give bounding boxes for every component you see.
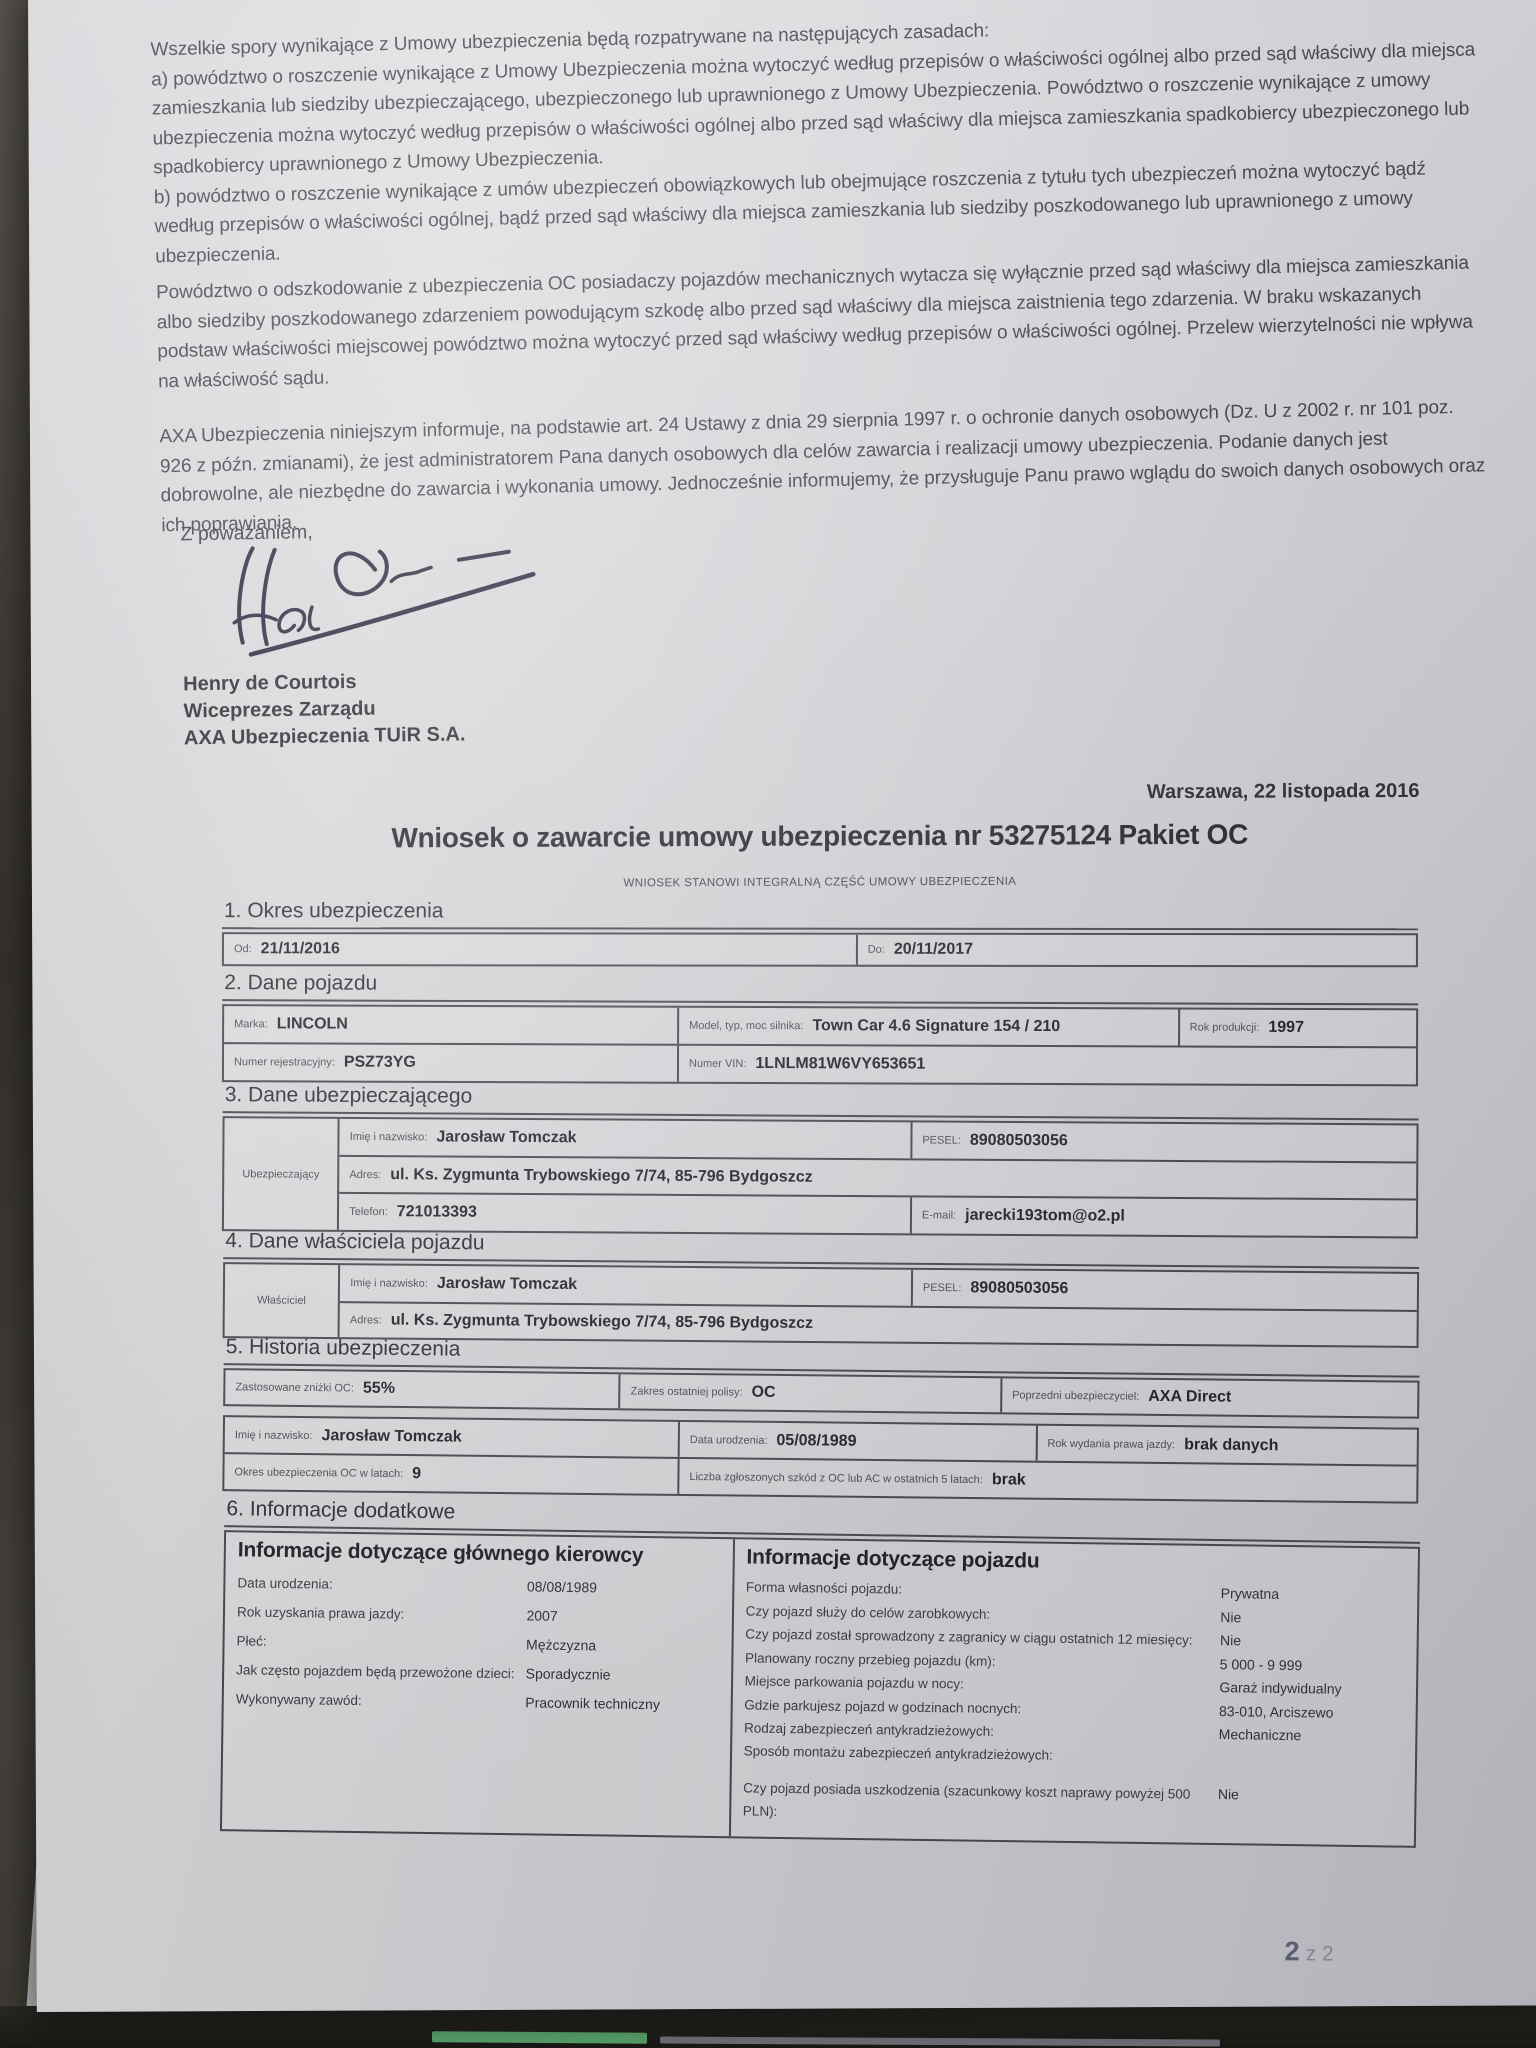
vin-value: 1LNLM81W6VY653651 (755, 1055, 925, 1074)
signer-block: Henry de Courtois Wiceprezes Zarządu AXA… (183, 667, 466, 752)
zakres-label: Zakres ostatniej polisy: (631, 1385, 743, 1398)
adres-value: ul. Ks. Zygmunta Trybowskiego 7/74, 85-7… (390, 1166, 812, 1187)
szkody-label: Liczba zgłoszonych szkód z OC lub AC w o… (689, 1471, 983, 1486)
field-pesel: PESEL: 89080503056 (910, 1122, 1416, 1161)
green-object-edge (432, 2031, 647, 2044)
email-label: E-mail: (922, 1209, 956, 1221)
owner-pesel: PESEL: 89080503056 (911, 1270, 1417, 1310)
szkody-value: brak (992, 1471, 1026, 1489)
telefon-label: Telefon: (349, 1206, 388, 1218)
page-number-current: 2 (1285, 1936, 1300, 1966)
vehicle-ownership-value: Prywatna (1221, 1582, 1406, 1607)
section-2-heading: 2. Dane pojazdu (222, 971, 1418, 1005)
signature-ink-icon (212, 531, 575, 659)
znizki-label: Zastosowane zniżki OC: (235, 1381, 354, 1394)
vin-label: Numer VIN: (689, 1058, 747, 1070)
marka-value: LINCOLN (277, 1015, 348, 1033)
owner-pesel-label: PESEL: (923, 1282, 962, 1294)
do-label: Do: (868, 944, 885, 956)
rej-value: PSZ73YG (344, 1054, 416, 1072)
vehicle-info-panel: Informacje dotyczące pojazdu Forma własn… (729, 1539, 1418, 1846)
document-subtitle: WNIOSEK STANOWI INTEGRALNĄ CZĘŚĆ UMOWY U… (222, 874, 1418, 891)
field-data-urodzenia: Data urodzenia: 05/08/1989 (678, 1422, 1036, 1461)
history-imie-nazwisko: Imię i nazwisko: Jarosław Tomczak (225, 1417, 678, 1457)
owner-pesel-value: 89080503056 (970, 1279, 1068, 1298)
section-1-heading: 1. Okres ubezpieczenia (222, 899, 1418, 930)
vehicle-parking-value: Garaż indywidualny (1219, 1676, 1404, 1701)
history-name-label: Imię i nazwisko: (235, 1429, 313, 1442)
poprzedni-label: Poprzedni ubezpieczyciel: (1012, 1389, 1139, 1402)
rok-label: Rok produkcji: (1190, 1022, 1260, 1034)
field-okres-oc: Okres ubezpieczenia OC w latach: 9 (224, 1454, 677, 1494)
driver-job-value: Pracownik techniczny (525, 1688, 718, 1720)
pesel-value: 89080503056 (970, 1132, 1068, 1151)
section-historia-ubezpieczenia: 5. Historia ubezpieczenia Zastosowane zn… (222, 1335, 1420, 1504)
vehicle-row: Czy pojazd posiada uszkodzenia (szacunko… (743, 1776, 1403, 1831)
driver-sex-value: Mężczyzna (526, 1630, 719, 1662)
history-name-value: Jarosław Tomczak (321, 1427, 461, 1446)
driver-info-title: Informacje dotyczące głównego kierowcy (238, 1538, 721, 1569)
owner-name-value: Jarosław Tomczak (437, 1275, 577, 1294)
section-3-heading: 3. Dane ubezpieczającego (223, 1083, 1419, 1120)
prawo-label: Rok wydania prawa jazdy: (1047, 1437, 1175, 1450)
field-numer-vin: Numer VIN: 1LNLM81W6VY653651 (677, 1046, 1416, 1085)
field-poprzedni-ubezpieczyciel: Poprzedni ubezpieczyciel: AXA Direct (1000, 1378, 1418, 1416)
owner-adres-label: Adres: (350, 1314, 382, 1326)
dateline: Warszawa, 22 listopada 2016 (31, 780, 1419, 809)
driver-children-label: Jak często pojazdem będą przewożone dzie… (236, 1655, 526, 1688)
section-dane-pojazdu: 2. Dane pojazdu Marka: LINCOLN Model, ty… (222, 971, 1418, 1086)
driver-job-label: Wykonywany zawód: (236, 1684, 526, 1717)
field-model: Model, typ, moc silnika: Town Car 4.6 Si… (677, 1008, 1178, 1046)
driver-info-panel: Informacje dotyczące głównego kierowcy D… (222, 1532, 733, 1836)
znizki-value: 55% (363, 1380, 395, 1398)
vehicle-info-title: Informacje dotyczące pojazdu (746, 1545, 1406, 1578)
driver-license-label: Rok uzyskania prawa jazdy: (237, 1597, 527, 1630)
field-rok-prawa-jazdy: Rok wydania prawa jazdy: brak danych (1035, 1426, 1417, 1465)
field-od: Od: 21/11/2016 (224, 934, 856, 965)
dob-label: Data urodzenia: (690, 1434, 768, 1447)
model-value: Town Car 4.6 Signature 154 / 210 (812, 1017, 1060, 1036)
page-number-of: z 2 (1306, 1942, 1334, 1965)
field-numer-rejestracyjny: Numer rejestracyjny: PSZ73YG (224, 1044, 677, 1082)
page-number: 2z 2 (1285, 1936, 1334, 1967)
rej-label: Numer rejestracyjny: (234, 1056, 335, 1068)
document-page: Wszelkie spory wynikające z Umowy ubezpi… (28, 0, 1536, 2012)
okres-label: Okres ubezpieczenia OC w latach: (234, 1466, 403, 1480)
owner-imie-nazwisko: Imię i nazwisko: Jarosław Tomczak (340, 1265, 911, 1306)
field-telefon: Telefon: 721013393 (339, 1194, 910, 1233)
field-znizki: Zastosowane zniżki OC: 55% (225, 1370, 619, 1408)
vehicle-damage-value: Nie (1218, 1783, 1403, 1808)
zakres-value: OC (751, 1384, 775, 1402)
okres-value: 9 (412, 1465, 421, 1483)
field-zakres-polisy: Zakres ostatniej polisy: OC (619, 1374, 1001, 1412)
do-value: 20/11/2017 (894, 941, 973, 959)
paragraph-oc: Powództwo o odszkodowanie z ubezpieczeni… (156, 248, 1488, 396)
driver-row: Wykonywany zawód: Pracownik techniczny (236, 1684, 719, 1720)
pesel-label: PESEL: (922, 1134, 961, 1146)
vehicle-damage-label: Czy pojazd posiada uszkodzenia (szacunko… (743, 1777, 1218, 1829)
od-value: 21/11/2016 (261, 940, 340, 958)
model-label: Model, typ, moc silnika: (689, 1020, 803, 1032)
signature (212, 531, 575, 664)
poprzedni-value: AXA Direct (1148, 1388, 1231, 1407)
driver-children-value: Sporadycznie (526, 1659, 719, 1691)
vehicle-night-location-value: 83-010, Arciszewo (1219, 1700, 1404, 1725)
email-value: jarecki193tom@o2.pl (965, 1207, 1125, 1226)
role-wlasciciel: Właściciel (225, 1264, 341, 1337)
signer-name: Henry de Courtois (183, 667, 465, 698)
section-dane-ubezpieczajacego: 3. Dane ubezpieczającego Ubezpieczający … (222, 1083, 1419, 1238)
telefon-value: 721013393 (397, 1203, 477, 1221)
section-dane-wlasciciela: 4. Dane właściciela pojazdu Właściciel I… (223, 1229, 1420, 1348)
field-email: E-mail: jarecki193tom@o2.pl (910, 1197, 1416, 1236)
legal-text-block: Wszelkie spory wynikające z Umowy ubezpi… (150, 5, 1491, 540)
driver-dob-value: 08/08/1989 (527, 1572, 720, 1604)
name-label: Imię i nazwisko: (350, 1131, 428, 1143)
section-okres-ubezpieczenia: 1. Okres ubezpieczenia Od: 21/11/2016 Do… (222, 899, 1418, 967)
field-liczba-szkod: Liczba zgłoszonych szkód z OC lub AC w o… (677, 1459, 1416, 1502)
marka-label: Marka: (234, 1018, 268, 1030)
driver-dob-label: Data urodzenia: (237, 1568, 527, 1601)
rok-value: 1997 (1268, 1019, 1304, 1037)
vehicle-antitheft-type-value: Mechaniczne (1219, 1723, 1404, 1748)
prawo-value: brak danych (1184, 1436, 1278, 1455)
vehicle-mileage-value: 5 000 - 9 999 (1220, 1653, 1405, 1678)
signer-role: Wiceprezes Zarządu (183, 694, 465, 725)
owner-name-label: Imię i nazwisko: (350, 1277, 428, 1290)
vehicle-imported-value: Nie (1220, 1629, 1405, 1654)
dob-value: 05/08/1989 (776, 1431, 856, 1450)
driver-sex-label: Płeć: (236, 1626, 526, 1659)
field-rok-produkcji: Rok produkcji: 1997 (1178, 1009, 1417, 1046)
vehicle-commercial-value: Nie (1220, 1606, 1405, 1631)
od-label: Od: (234, 943, 252, 955)
driver-license-value: 2007 (526, 1601, 719, 1633)
owner-adres-value: ul. Ks. Zygmunta Trybowskiego 7/74, 85-7… (391, 1312, 813, 1333)
section-informacje-dodatkowe: 6. Informacje dodatkowe Informacje dotyc… (220, 1497, 1421, 1848)
role-ubezpieczajacy: Ubezpieczający (224, 1118, 340, 1230)
field-do: Do: 20/11/2017 (856, 935, 1416, 965)
field-imie-nazwisko: Imię i nazwisko: Jarosław Tomczak (340, 1119, 911, 1158)
paragraph-axa-privacy: AXA Ubezpieczenia niniejszym informuje, … (159, 392, 1491, 540)
document-title: Wniosek o zawarcie umowy ubezpieczenia n… (222, 818, 1418, 855)
vehicle-antitheft-mount-value (1218, 1762, 1403, 1765)
name-value: Jarosław Tomczak (436, 1128, 576, 1147)
adres-label: Adres: (349, 1168, 381, 1180)
signer-company: AXA Ubezpieczenia TUiR S.A. (184, 721, 466, 752)
field-marka: Marka: LINCOLN (224, 1006, 677, 1044)
